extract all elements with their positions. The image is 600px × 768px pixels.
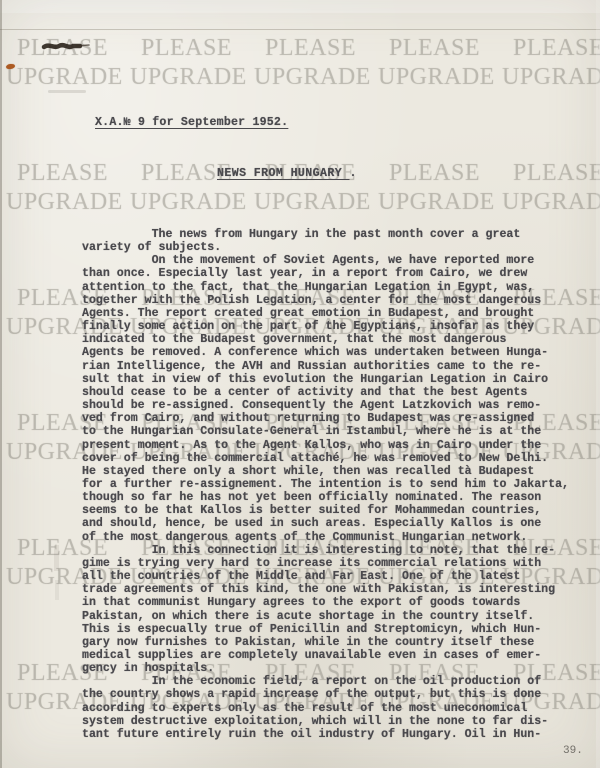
watermark-word-upgrade: UPGRADE (130, 188, 260, 217)
watermark-word-upgrade: UPGRADE (254, 63, 384, 92)
watermark-word-please: PLEASE (378, 159, 508, 188)
watermark-word-upgrade: UPGRADE (502, 63, 600, 92)
watermark-please-upgrade: PLEASEUPGRADE (378, 159, 508, 217)
document-title-text: NEWS FROM HUNGARY (217, 167, 349, 180)
document-title-period: . (349, 167, 356, 180)
scan-left-edge (0, 0, 2, 768)
watermark-please-upgrade: PLEASEUPGRADE (6, 159, 136, 217)
watermark-word-upgrade: UPGRADE (378, 188, 508, 217)
ink-scribble-mark (40, 38, 92, 61)
bleedthrough-mark (55, 580, 59, 600)
document-title: NEWS FROM HUNGARY . (217, 167, 357, 180)
watermark-word-upgrade: UPGRADE (254, 188, 384, 217)
scanned-document-page: PLEASEUPGRADEPLEASEUPGRADEPLEASEUPGRADEP… (0, 0, 600, 768)
watermark-please-upgrade: PLEASEUPGRADE (502, 34, 600, 92)
watermark-word-upgrade: UPGRADE (6, 63, 136, 92)
watermark-please-upgrade: PLEASEUPGRADE (130, 34, 260, 92)
page-number: 39. (563, 745, 583, 757)
watermark-word-please: PLEASE (254, 34, 384, 63)
watermark-word-please: PLEASE (378, 34, 508, 63)
watermark-word-upgrade: UPGRADE (502, 188, 600, 217)
watermark-word-please: PLEASE (502, 159, 600, 188)
document-body-text: The news from Hungary in the past month … (82, 228, 569, 741)
rust-speck (6, 63, 16, 69)
watermark-word-please: PLEASE (6, 159, 136, 188)
watermark-word-please: PLEASE (130, 34, 260, 63)
watermark-please-upgrade: PLEASEUPGRADE (378, 34, 508, 92)
watermark-please-upgrade: PLEASEUPGRADE (502, 159, 600, 217)
watermark-please-upgrade: PLEASEUPGRADE (254, 34, 384, 92)
watermark-word-upgrade: UPGRADE (378, 63, 508, 92)
watermark-word-upgrade: UPGRADE (130, 63, 260, 92)
watermark-word-please: PLEASE (502, 34, 600, 63)
reference-heading: X.A.№ 9 for September 1952. (95, 116, 288, 129)
watermark-word-upgrade: UPGRADE (6, 188, 136, 217)
scan-right-edge (596, 0, 600, 768)
bleedthrough-mark (54, 545, 59, 571)
scan-top-strip (0, 0, 600, 13)
smudge-mark (48, 90, 86, 93)
paper-crease-line (0, 29, 600, 30)
